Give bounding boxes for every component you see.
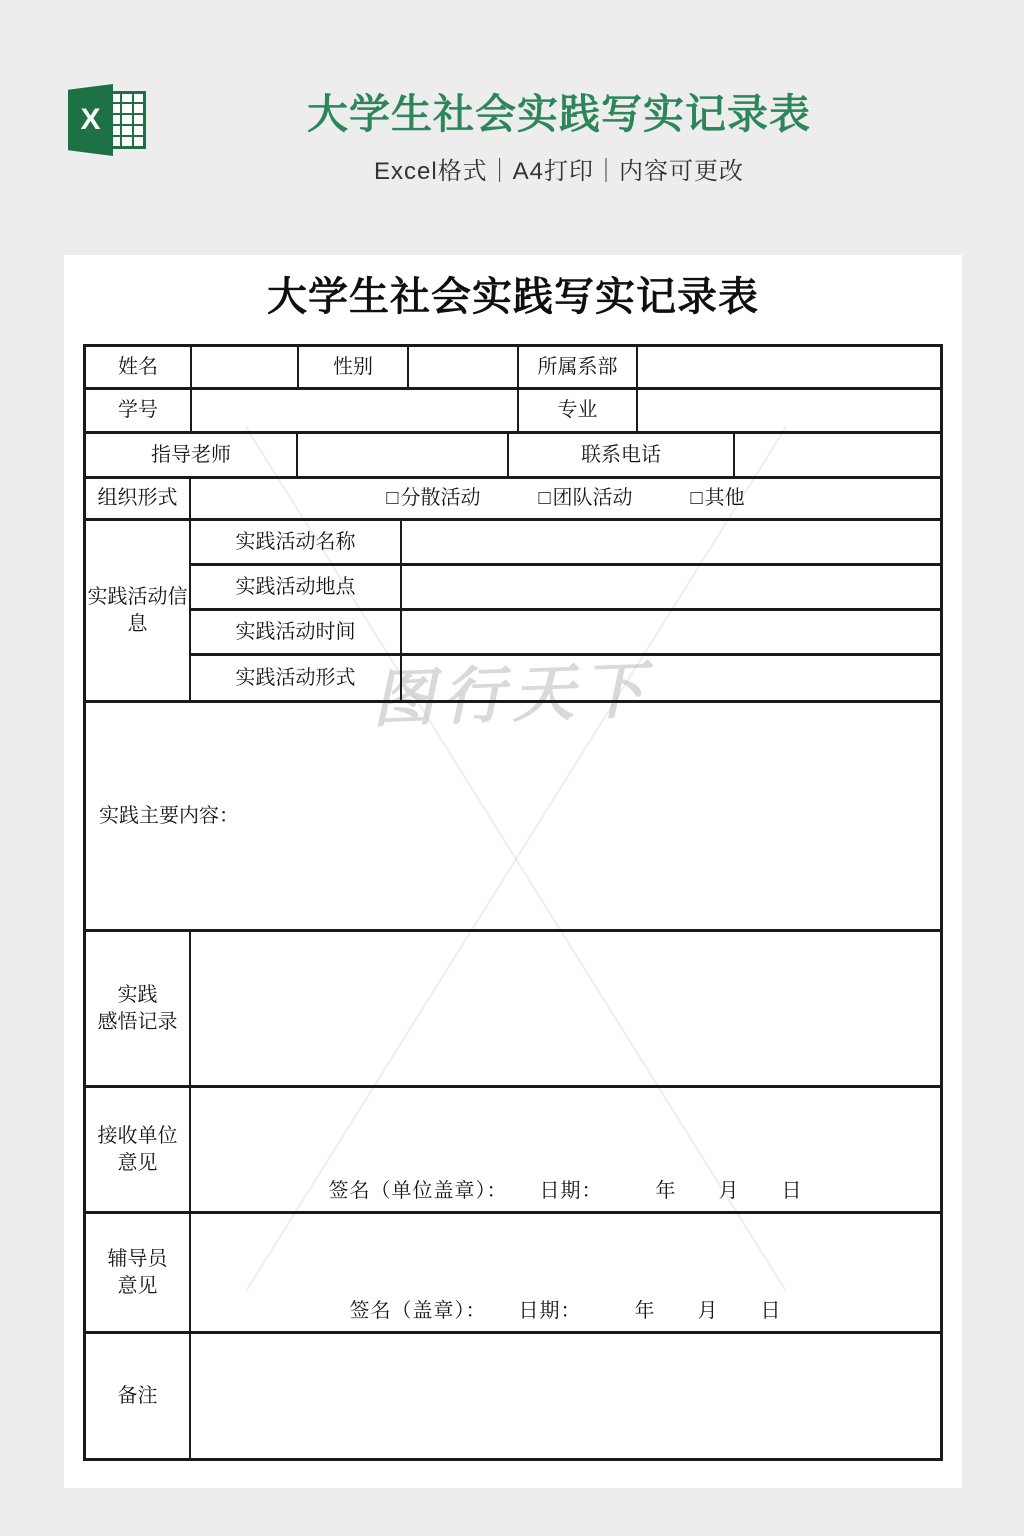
reflection-label-line2: 感悟记录 — [98, 1009, 178, 1036]
activity-info-group-label: 实践活动信 息 — [86, 521, 191, 700]
name-field[interactable] — [192, 347, 299, 387]
row-unit-opinion: 接收单位 意见 签名（单位盖章）： 日期： 年 月 日 — [86, 1088, 940, 1214]
row-reflection: 实践 感悟记录 — [86, 932, 940, 1088]
organization-options: □ 分散活动 □ 团队活动 □ 其他 — [191, 479, 940, 518]
document-sheet: 大学生社会实践写实记录表 姓名 性别 所属系部 学号 专业 指导老师 联系电话 — [64, 255, 962, 1488]
row-basic-3: 指导老师 联系电话 — [86, 434, 940, 479]
activity-place-row: 实践活动地点 — [191, 566, 940, 611]
activity-info-subtable: 实践活动名称 实践活动地点 实践活动时间 实践活动形式 — [191, 521, 940, 700]
activity-info-label-line1: 实践活动信 — [88, 584, 188, 611]
counselor-opinion-label: 辅导员 意见 — [86, 1214, 191, 1331]
activity-form-label: 实践活动形式 — [191, 656, 402, 700]
activity-info-label-line2: 息 — [128, 611, 148, 638]
page-header: 大学生社会实践写实记录表 Excel格式｜A4打印｜内容可更改 — [239, 92, 879, 186]
phone-label: 联系电话 — [509, 434, 735, 476]
row-remarks: 备注 — [86, 1334, 940, 1458]
checkbox-icon[interactable]: □ — [386, 485, 398, 512]
student-id-label: 学号 — [86, 390, 192, 431]
activity-place-label: 实践活动地点 — [191, 566, 402, 608]
option-team[interactable]: □ 团队活动 — [538, 485, 632, 512]
row-main-content: 实践主要内容： — [86, 703, 940, 932]
activity-form-row: 实践活动形式 — [191, 656, 940, 700]
activity-place-field[interactable] — [402, 566, 940, 608]
activity-time-label: 实践活动时间 — [191, 611, 402, 653]
excel-x-icon: X — [68, 84, 113, 156]
gender-label: 性别 — [299, 347, 409, 387]
reflection-field[interactable] — [191, 932, 940, 1085]
major-field[interactable] — [638, 390, 940, 431]
reflection-label-line1: 实践 — [118, 982, 158, 1009]
activity-name-label: 实践活动名称 — [191, 521, 402, 563]
option-team-label: 团队活动 — [553, 485, 633, 512]
page-subtitle: Excel格式｜A4打印｜内容可更改 — [239, 151, 879, 186]
unit-opinion-field[interactable]: 签名（单位盖章）： 日期： 年 月 日 — [191, 1088, 940, 1211]
remarks-label: 备注 — [86, 1334, 191, 1458]
excel-icon-letter: X — [80, 103, 100, 137]
form-title: 大学生社会实践写实记录表 — [64, 265, 962, 322]
checkbox-icon[interactable]: □ — [538, 485, 550, 512]
unit-opinion-label-line1: 接收单位 — [98, 1123, 178, 1150]
gender-field[interactable] — [409, 347, 519, 387]
student-id-field[interactable] — [192, 390, 519, 431]
excel-icon: X — [68, 84, 146, 156]
major-label: 专业 — [519, 390, 638, 431]
activity-time-field[interactable] — [402, 611, 940, 653]
phone-field[interactable] — [735, 434, 940, 476]
advisor-field[interactable] — [298, 434, 509, 476]
activity-name-field[interactable] — [402, 521, 940, 563]
page-title: 大学生社会实践写实记录表 — [239, 92, 879, 137]
row-basic-2: 学号 专业 — [86, 390, 940, 434]
organization-label: 组织形式 — [86, 479, 191, 518]
row-activity-info: 实践活动信 息 实践活动名称 实践活动地点 实践活动时间 实践活动形式 — [86, 521, 940, 703]
unit-signature-line: 签名（单位盖章）： 日期： 年 月 日 — [329, 1178, 803, 1205]
checkbox-icon[interactable]: □ — [691, 485, 703, 512]
row-organization: 组织形式 □ 分散活动 □ 团队活动 □ 其他 — [86, 479, 940, 521]
form-table: 姓名 性别 所属系部 学号 专业 指导老师 联系电话 组织形式 □ — [83, 344, 943, 1461]
counselor-signature-line: 签名（盖章）： 日期： 年 月 日 — [350, 1298, 782, 1325]
main-content-label: 实践主要内容： — [99, 803, 239, 830]
option-other-label: 其他 — [705, 485, 745, 512]
main-content-field[interactable]: 实践主要内容： — [86, 703, 940, 929]
counselor-opinion-label-line2: 意见 — [118, 1273, 158, 1300]
remarks-field[interactable] — [191, 1334, 940, 1458]
activity-time-row: 实践活动时间 — [191, 611, 940, 656]
advisor-label: 指导老师 — [86, 434, 298, 476]
row-basic-1: 姓名 性别 所属系部 — [86, 347, 940, 390]
activity-form-field[interactable] — [402, 656, 940, 700]
name-label: 姓名 — [86, 347, 192, 387]
row-counselor-opinion: 辅导员 意见 签名（盖章）： 日期： 年 月 日 — [86, 1214, 940, 1334]
option-other[interactable]: □ 其他 — [691, 485, 745, 512]
department-label: 所属系部 — [519, 347, 638, 387]
option-dispersed-label: 分散活动 — [400, 485, 480, 512]
unit-opinion-label: 接收单位 意见 — [86, 1088, 191, 1211]
reflection-label: 实践 感悟记录 — [86, 932, 191, 1085]
option-dispersed[interactable]: □ 分散活动 — [386, 485, 480, 512]
counselor-opinion-field[interactable]: 签名（盖章）： 日期： 年 月 日 — [191, 1214, 940, 1331]
activity-name-row: 实践活动名称 — [191, 521, 940, 566]
counselor-opinion-label-line1: 辅导员 — [108, 1246, 168, 1273]
department-field[interactable] — [638, 347, 940, 387]
unit-opinion-label-line2: 意见 — [118, 1150, 158, 1177]
